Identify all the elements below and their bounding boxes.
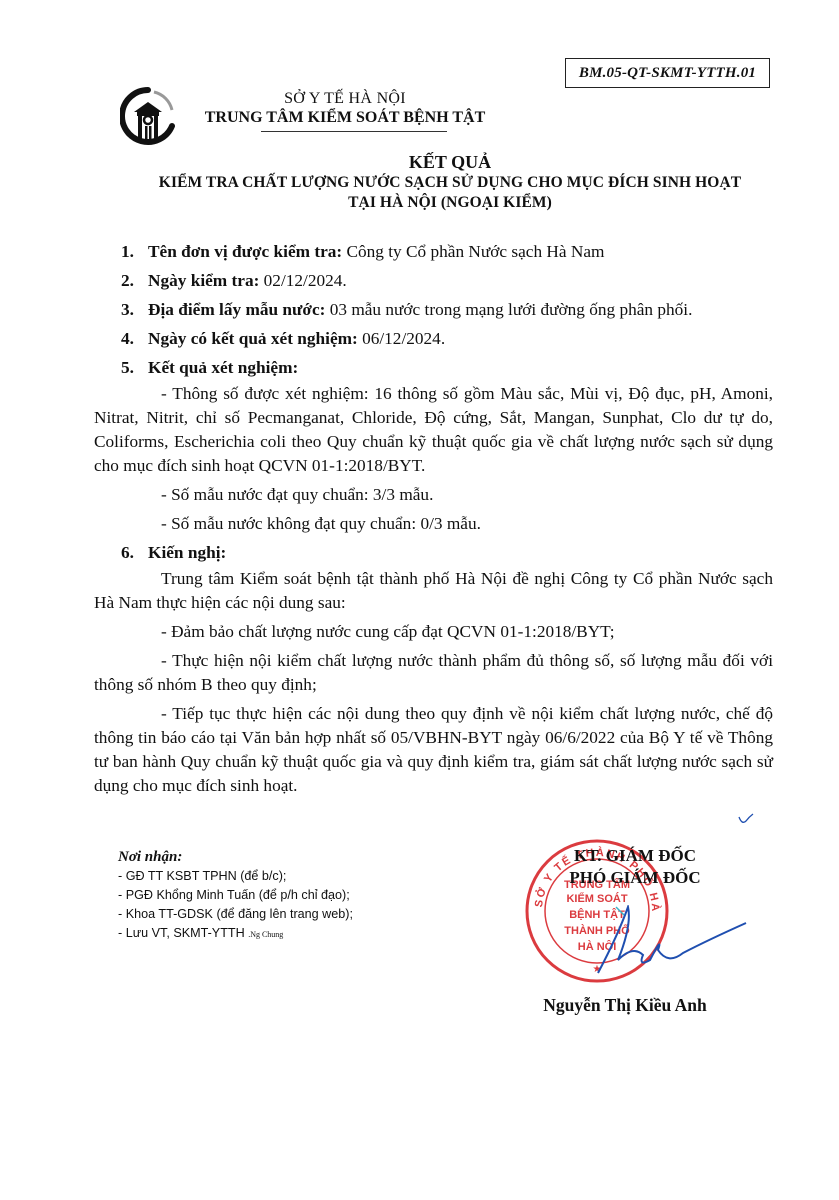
title-line-3: TẠI HÀ NỘI (NGOẠI KIỂM) xyxy=(100,193,800,213)
item-label: Ngày kiểm tra: xyxy=(148,271,259,290)
item-value: Công ty Cổ phần Nước sạch Hà Nam xyxy=(342,242,604,261)
organization-name: TRUNG TÂM KIỂM SOÁT BỆNH TẬT xyxy=(205,109,486,127)
item-result-date: 4. Ngày có kết quả xét nghiệm: 06/12/202… xyxy=(121,327,773,351)
form-code-box: BM.05-QT-SKMT-YTTH.01 xyxy=(565,58,770,88)
signer-name: Nguyễn Thị Kiều Anh xyxy=(520,995,730,1016)
item-inspected-unit: 1. Tên đơn vị được kiểm tra: Công ty Cổ … xyxy=(121,240,773,264)
recipients-block: Nơi nhận: - GĐ TT KSBT TPHN (để b/c); - … xyxy=(118,848,478,944)
document-title: KẾT QUẢ KIỂM TRA CHẤT LƯỢNG NƯỚC SẠCH SỬ… xyxy=(100,151,800,213)
organization-header: SỞ Y TẾ HÀ NỘI TRUNG TÂM KIỂM SOÁT BỆNH … xyxy=(185,90,505,127)
signature-block: KT. GIÁM ĐỐC PHÓ GIÁM ĐỐC Nguyễn Thị Kiề… xyxy=(520,845,750,889)
item-sampling-location: 3. Địa điểm lấy mẫu nước: 03 mẫu nước tr… xyxy=(121,298,773,322)
recommendation-point: - Tiếp tục thực hiện các nội dung theo q… xyxy=(94,702,773,798)
recommendation-point: - Đảm bảo chất lượng nước cung cấp đạt Q… xyxy=(94,620,773,644)
item-value: 02/12/2024. xyxy=(259,271,346,290)
initial-mark-icon xyxy=(738,813,754,825)
form-code: BM.05-QT-SKMT-YTTH.01 xyxy=(579,65,756,82)
recipient-item: - GĐ TT KSBT TPHN (để b/c); xyxy=(118,867,478,886)
title-line-2: KIỂM TRA CHẤT LƯỢNG NƯỚC SẠCH SỬ DỤNG CH… xyxy=(100,173,800,193)
preparer-initials: .Ng Chung xyxy=(248,930,283,939)
samples-failed: - Số mẫu nước không đạt quy chuẩn: 0/3 m… xyxy=(94,512,773,536)
recipient-item: - PGĐ Khổng Minh Tuấn (để p/h chỉ đạo); xyxy=(118,886,478,905)
header-underline xyxy=(261,131,448,132)
cdc-hanoi-logo-icon xyxy=(120,86,176,146)
title-main: KẾT QUẢ xyxy=(100,151,800,173)
signer-title-2: PHÓ GIÁM ĐỐC xyxy=(520,867,750,889)
tested-parameters: - Thông số được xét nghiệm: 16 thông số … xyxy=(94,382,773,478)
recipient-item: - Lưu VT, SKMT-YTTH .Ng Chung xyxy=(118,924,478,944)
item-label: Ngày có kết quả xét nghiệm: xyxy=(148,329,358,348)
recipients-heading: Nơi nhận: xyxy=(118,848,478,867)
signature-icon xyxy=(588,905,748,975)
signer-title-1: KT. GIÁM ĐỐC xyxy=(520,845,750,867)
item-inspection-date: 2. Ngày kiểm tra: 02/12/2024. xyxy=(121,269,773,293)
document-body: 1. Tên đơn vị được kiểm tra: Công ty Cổ … xyxy=(121,240,773,803)
svg-text:KIỂM SOÁT: KIỂM SOÁT xyxy=(566,892,627,905)
item-value: 03 mẫu nước trong mạng lưới đường ống ph… xyxy=(325,300,692,319)
samples-passed: - Số mẫu nước đạt quy chuẩn: 3/3 mẫu. xyxy=(94,483,773,507)
recommendation-intro: Trung tâm Kiểm soát bệnh tật thành phố H… xyxy=(94,567,773,615)
item-recommendations: 6. Kiến nghị: xyxy=(121,541,773,565)
recipient-item: - Khoa TT-GDSK (để đăng lên trang web); xyxy=(118,905,478,924)
department-name: SỞ Y TẾ HÀ NỘI xyxy=(185,90,505,108)
item-test-results: 5. Kết quả xét nghiệm: xyxy=(121,356,773,380)
item-label: Kiến nghị: xyxy=(148,543,226,562)
item-label: Kết quả xét nghiệm: xyxy=(148,358,298,377)
item-label: Tên đơn vị được kiểm tra: xyxy=(148,242,342,261)
recommendation-point: - Thực hiện nội kiểm chất lượng nước thà… xyxy=(94,649,773,697)
item-value: 06/12/2024. xyxy=(358,329,445,348)
item-label: Địa điểm lấy mẫu nước: xyxy=(148,300,325,319)
